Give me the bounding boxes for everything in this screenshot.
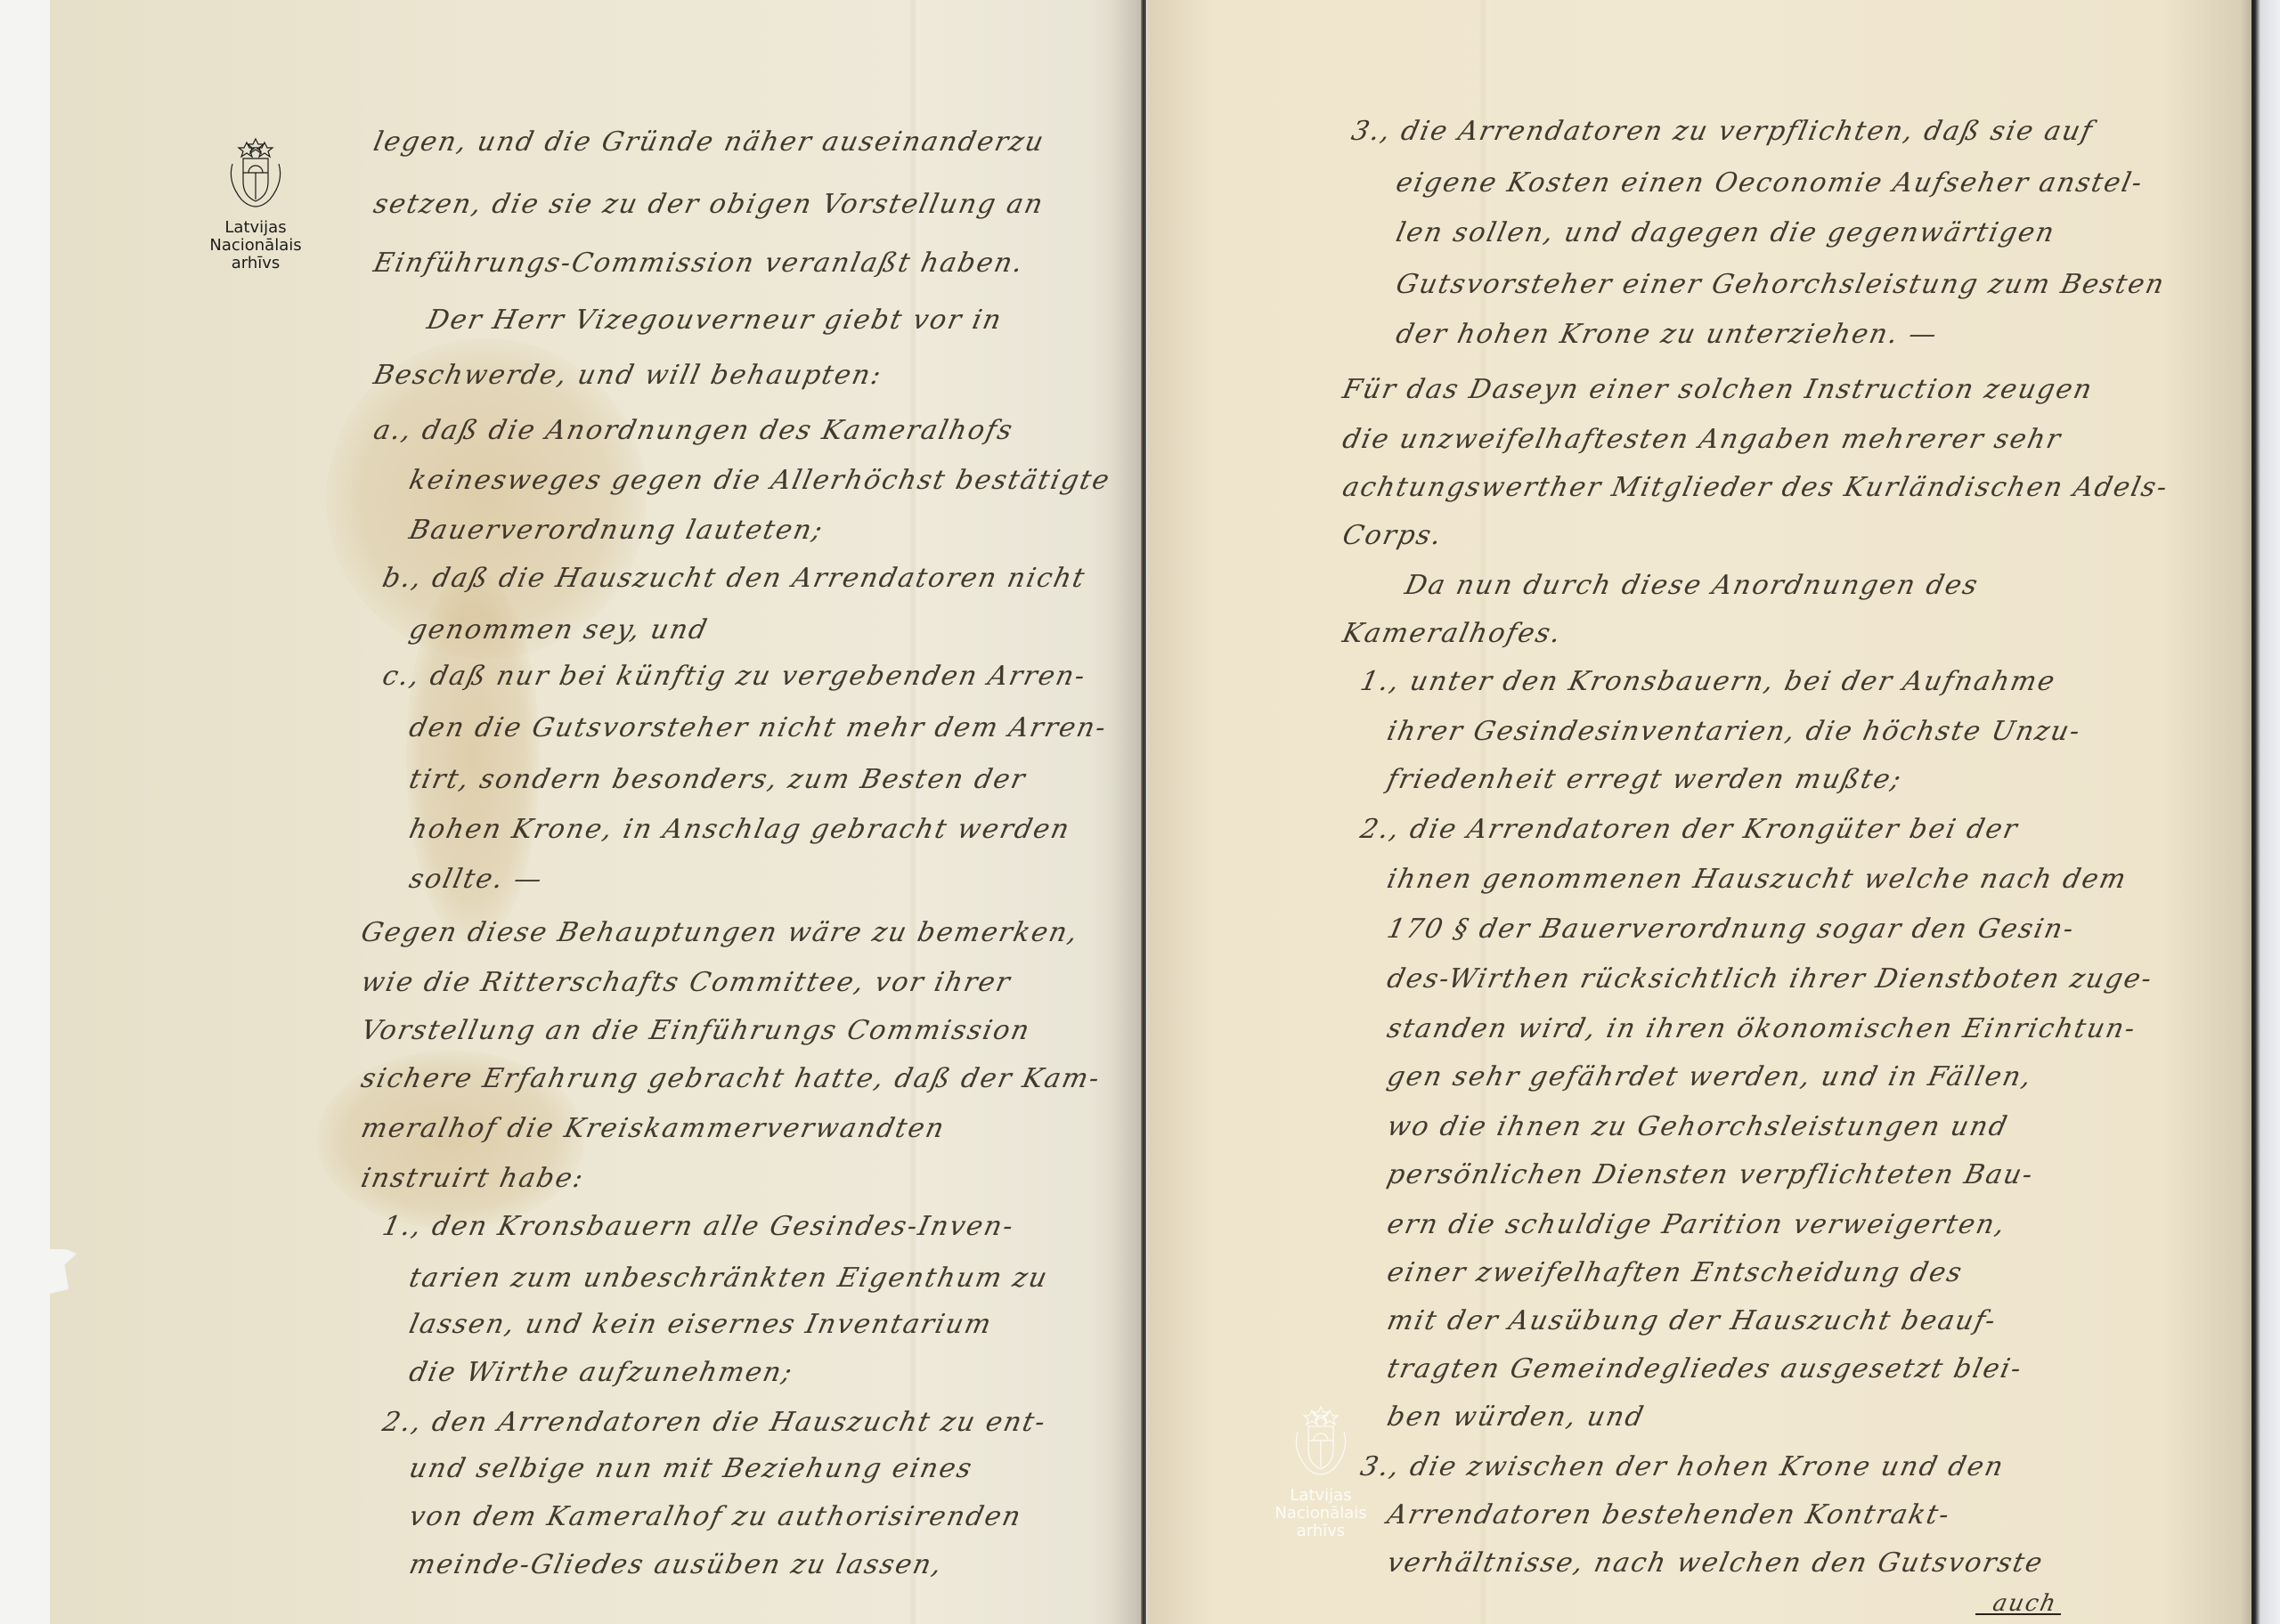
manuscript-line: Gutsvorsteher einer Gehorchsleistung zum… [1393, 269, 2168, 300]
manuscript-line: ben würden, und [1384, 1401, 1648, 1433]
manuscript-line: den die Gutsvorsteher nicht mehr dem Arr… [406, 712, 1110, 743]
manuscript-line: eigene Kosten einen Oeconomie Aufseher a… [1393, 167, 2146, 199]
watermark-line-1: Latvijas Nacionālais [1245, 1487, 1396, 1522]
manuscript-line: setzen, die sie zu der obigen Vorstellun… [370, 189, 1046, 220]
manuscript-line: 1., den Kronsbauern alle Gesindes-Inven- [379, 1211, 1017, 1242]
manuscript-line: sollte. — [406, 864, 546, 895]
archive-watermark-top: Latvijas Nacionālais arhīvs [189, 137, 322, 272]
manuscript-line: meinde-Gliedes ausüben zu lassen, [406, 1549, 946, 1580]
manuscript-line: 2., die Arrendatoren der Krongüter bei d… [1357, 814, 2021, 845]
manuscript-line: die Wirthe aufzunehmen; [406, 1357, 796, 1388]
manuscript-line: genommen sey, und [406, 614, 711, 646]
manuscript-line: Der Herr Vizegouverneur giebt vor in [424, 304, 1006, 336]
manuscript-line: friedenheit erregt werden mußte; [1384, 764, 1905, 795]
manuscript-line: 3., die Arrendatoren zu verpflichten, da… [1348, 116, 2097, 147]
right-page-text: 3., die Arrendatoren zu verpflichten, da… [1352, 0, 2243, 1624]
manuscript-line: verhältnisse, nach welchen den Gutsvorst… [1384, 1547, 2047, 1579]
manuscript-line: des-Wirthen rücksichtlich ihrer Dienstbo… [1384, 963, 2155, 995]
manuscript-line: Corps. [1339, 520, 1445, 551]
catchword-underline [1975, 1613, 2061, 1615]
manuscript-line: Arrendatoren bestehenden Kontrakt- [1384, 1499, 1953, 1531]
manuscript-line: Da nun durch diese Anordnungen des [1402, 570, 1982, 601]
manuscript-line: wie die Ritterschafts Committee, vor ihr… [358, 967, 1014, 998]
manuscript-line: sichere Erfahrung gebracht hatte, daß de… [358, 1063, 1103, 1094]
watermark-line-2: arhīvs [1245, 1522, 1396, 1540]
manuscript-line: ihnen genommenen Hauszucht welche nach d… [1384, 864, 2130, 895]
manuscript-line: 1., unter den Kronsbauern, bei der Aufna… [1357, 666, 2058, 697]
manuscript-line: Gegen diese Behauptungen wäre zu bemerke… [358, 917, 1081, 948]
manuscript-line: standen wird, in ihren ökonomischen Einr… [1384, 1013, 2139, 1044]
latvian-coat-of-arms-icon [1289, 1405, 1353, 1478]
manuscript-line: die unzweifelhaftesten Angaben mehrerer … [1339, 424, 2064, 455]
manuscript-line: tragten Gemeindegliedes ausgesetzt blei- [1384, 1353, 2025, 1384]
manuscript-line: lassen, und kein eisernes Inventarium [406, 1309, 995, 1340]
manuscript-line: achtungswerther Mitglieder des Kurländis… [1339, 472, 2171, 503]
manuscript-line: ihrer Gesindesinventarien, die höchste U… [1384, 716, 2084, 747]
archive-watermark-bottom: Latvijas Nacionālais arhīvs [1245, 1405, 1396, 1540]
manuscript-line: 2., den Arrendatoren die Hauszucht zu en… [379, 1407, 1049, 1438]
manuscript-line: b., daß die Hauszucht den Arrendatoren n… [379, 563, 1088, 594]
manuscript-line: instruirt habe: [358, 1163, 587, 1194]
manuscript-line: Für das Daseyn einer solchen Instruction… [1339, 374, 2096, 405]
manuscript-line: einer zweifelhaften Entscheidung des [1384, 1257, 1966, 1288]
scanner-background-edge [2251, 0, 2280, 1624]
manuscript-line: keinesweges gegen die Allerhöchst bestät… [406, 465, 1113, 496]
manuscript-line: persönlichen Diensten verpflichteten Bau… [1384, 1159, 2037, 1190]
manuscript-line: Bauerverordnung lauteten; [406, 515, 826, 546]
manuscript-line: 3., die zwischen der hohen Krone und den [1357, 1451, 2007, 1482]
manuscript-line: meralhof die Kreiskammerverwandten [358, 1113, 948, 1144]
manuscript-line: c., daß nur bei künftig zu vergebenden A… [379, 661, 1089, 692]
manuscript-line: Vorstellung an die Einführungs Commissio… [358, 1015, 1033, 1046]
manuscript-line: tirt, sondern besonders, zum Besten der [406, 764, 1029, 795]
manuscript-line: ern die schuldige Parition verweigerten, [1384, 1209, 2008, 1240]
manuscript-line: von dem Kameralhof zu authorisirenden [406, 1501, 1025, 1532]
manuscript-line: len sollen, und dagegen die gegenwärtige… [1393, 217, 2058, 248]
manuscript-line: Kameralhofes. [1339, 618, 1565, 649]
manuscript-line: wo die ihnen zu Gehorchsleistungen und [1384, 1111, 2011, 1142]
manuscript-line: 170 § der Bauerverordnung sogar den Gesi… [1384, 913, 2078, 945]
manuscript-line: Einführungs-Commission veranlaßt haben. [370, 248, 1027, 279]
manuscript-line: tarien zum unbeschränkten Eigenthum zu [406, 1263, 1051, 1294]
manuscript-line: gen sehr gefährdet werden, und in Fällen… [1384, 1061, 2035, 1092]
latvian-coat-of-arms-icon [224, 137, 288, 210]
manuscript-line: a., daß die Anordnungen des Kameralhofs [370, 415, 1016, 446]
manuscript-line: und selbige nun mit Beziehung eines [406, 1453, 975, 1484]
binding-spine [1141, 0, 1146, 1624]
manuscript-line: mit der Ausübung der Hauszucht beauf- [1384, 1305, 1999, 1336]
watermark-line-2: arhīvs [189, 255, 322, 272]
manuscript-line: hohen Krone, in Anschlag gebracht werden [406, 814, 1073, 845]
manuscript-line: Beschwerde, und will behaupten: [370, 360, 885, 391]
manuscript-line: der hohen Krone zu unterziehen. — [1393, 319, 1941, 350]
right-page: 3., die Arrendatoren zu verpflichten, da… [1147, 0, 2251, 1624]
manuscript-line: legen, und die Gründe näher auseinanderz… [370, 126, 1047, 158]
left-page-text: legen, und die Gründe näher auseinanderz… [374, 0, 1140, 1624]
watermark-line-1: Latvijas Nacionālais [189, 219, 322, 255]
